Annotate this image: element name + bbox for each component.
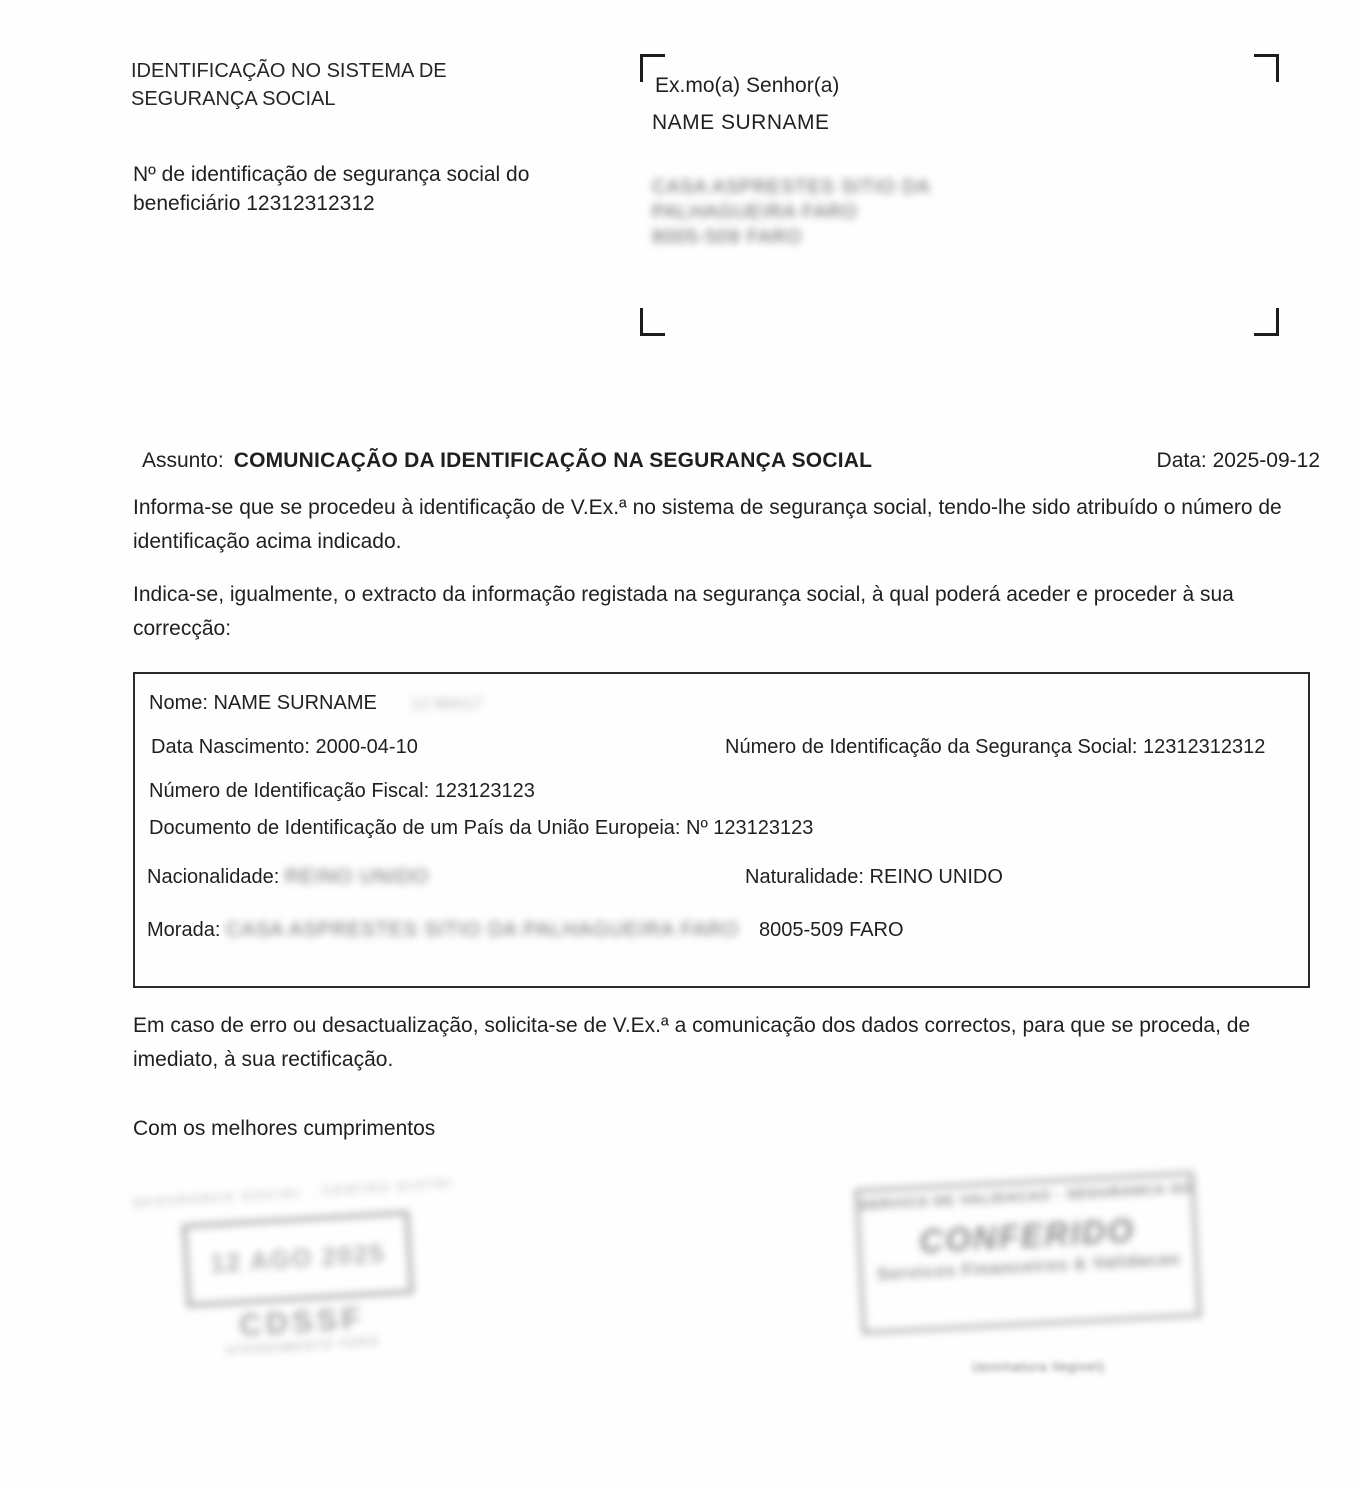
doc-ue-value: Nº 123123123	[686, 817, 813, 839]
sender-title-line1: IDENTIFICAÇÃO NO SISTEMA DE	[131, 57, 601, 85]
date-label: Data:	[1157, 449, 1207, 472]
subject-row: Assunto:COMUNICAÇÃO DA IDENTIFICAÇÃO NA …	[142, 449, 1320, 473]
niss-label: Número de Identificação da Segurança Soc…	[725, 736, 1137, 758]
office-stamp-top-text: SERVICO DE VALIDACAO - SEGURANCA SOCIAL	[859, 1179, 1191, 1212]
morada-value-blurred: CASA ASPRESTES SITIO DA PALHAGUEIRA FARO	[226, 919, 739, 941]
stamp-caption-blurred: (assinatura ilegivel)	[972, 1359, 1105, 1374]
recipient-salutation: Ex.mo(a) Senhor(a)	[655, 74, 839, 98]
nacionalidade-value-blurred: REINO UNIDO	[285, 866, 429, 888]
data-nascimento-value: 2000-04-10	[316, 736, 418, 758]
doc-ue-label: Documento de Identificação de um País da…	[149, 817, 680, 839]
date-stamp-blurred: SEGURANCA SOCIAL · CENTRO DISTRITAL · RE…	[133, 1173, 466, 1380]
paragraph-correction: Em caso de erro ou desactualização, soli…	[133, 1009, 1303, 1077]
office-stamp-blurred: SERVICO DE VALIDACAO - SEGURANCA SOCIAL …	[854, 1171, 1201, 1335]
recipient-name: NAME SURNAME	[652, 111, 830, 135]
subject-title: COMUNICAÇÃO DA IDENTIFICAÇÃO NA SEGURANÇ…	[234, 449, 872, 472]
paragraph-intro: Informa-se que se procedeu à identificaç…	[133, 491, 1303, 559]
row-doc-ue: Documento de Identificação de um País da…	[149, 817, 813, 840]
window-mark-bottom-right-icon	[1254, 308, 1279, 336]
niss-value: 12312312312	[1143, 736, 1265, 758]
morada-postal-code: 8005-509 FARO	[759, 919, 904, 942]
row-nacionalidade: Nacionalidade: REINO UNIDO	[147, 866, 429, 889]
data-nascimento-label: Data Nascimento:	[151, 736, 310, 758]
nif-label: Número de Identificação Fiscal:	[149, 780, 429, 802]
nome-value: NAME SURNAME	[213, 692, 376, 714]
recipient-address-line: PALHAGUEIRA FARO	[652, 200, 931, 225]
recipient-address-blurred: CASA ASPRESTES SITIO DA PALHAGUEIRA FARO…	[652, 175, 931, 250]
date-stamp-ring-text: SEGURANCA SOCIAL · CENTRO DISTRITAL · RE…	[133, 1173, 456, 1213]
date-stamp-date-text: 12 AGO 2025	[210, 1239, 387, 1279]
row-data-nascimento: Data Nascimento: 2000-04-10	[151, 736, 418, 759]
recipient-address-line: CASA ASPRESTES SITIO DA	[652, 175, 931, 200]
row-nome: Nome: NAME SURNAME 12 MAI17	[149, 692, 483, 715]
date-value: 2025-09-12	[1213, 449, 1320, 472]
date-text: Data: 2025-09-12	[1157, 449, 1320, 473]
date-stamp-inner-box: 12 AGO 2025	[182, 1210, 415, 1308]
window-mark-top-right-icon	[1254, 54, 1279, 82]
row-morada: Morada: CASA ASPRESTES SITIO DA PALHAGUE…	[147, 919, 739, 942]
nome-label: Nome:	[149, 692, 208, 714]
naturalidade-value: REINO UNIDO	[870, 866, 1003, 888]
recipient-address-line: 8005-509 FARO	[652, 225, 931, 250]
sender-title-line2: SEGURANÇA SOCIAL	[131, 85, 601, 113]
subject-label: Assunto:	[142, 449, 224, 472]
window-mark-bottom-left-icon	[640, 308, 665, 336]
morada-label: Morada:	[147, 919, 220, 941]
closing-line: Com os melhores cumprimentos	[133, 1117, 435, 1141]
registered-info-box: Nome: NAME SURNAME 12 MAI17 Data Nascime…	[133, 672, 1310, 988]
naturalidade-label: Naturalidade:	[745, 866, 864, 888]
nome-extra-blurred: 12 MAI17	[410, 694, 483, 713]
row-naturalidade: Naturalidade: REINO UNIDO	[745, 866, 1003, 889]
paragraph-extract: Indica-se, igualmente, o extracto da inf…	[133, 578, 1303, 646]
sender-title: IDENTIFICAÇÃO NO SISTEMA DE SEGURANÇA SO…	[131, 57, 601, 113]
nif-value: 123123123	[435, 780, 535, 802]
row-niss: Número de Identificação da Segurança Soc…	[725, 736, 1265, 759]
beneficiary-number-text: Nº de identificação de segurança social …	[133, 160, 595, 218]
row-nif: Número de Identificação Fiscal: 12312312…	[149, 780, 535, 803]
document-page: IDENTIFICAÇÃO NO SISTEMA DE SEGURANÇA SO…	[0, 0, 1357, 1489]
subject-text: Assunto:COMUNICAÇÃO DA IDENTIFICAÇÃO NA …	[142, 449, 872, 473]
nacionalidade-label: Nacionalidade:	[147, 866, 279, 888]
